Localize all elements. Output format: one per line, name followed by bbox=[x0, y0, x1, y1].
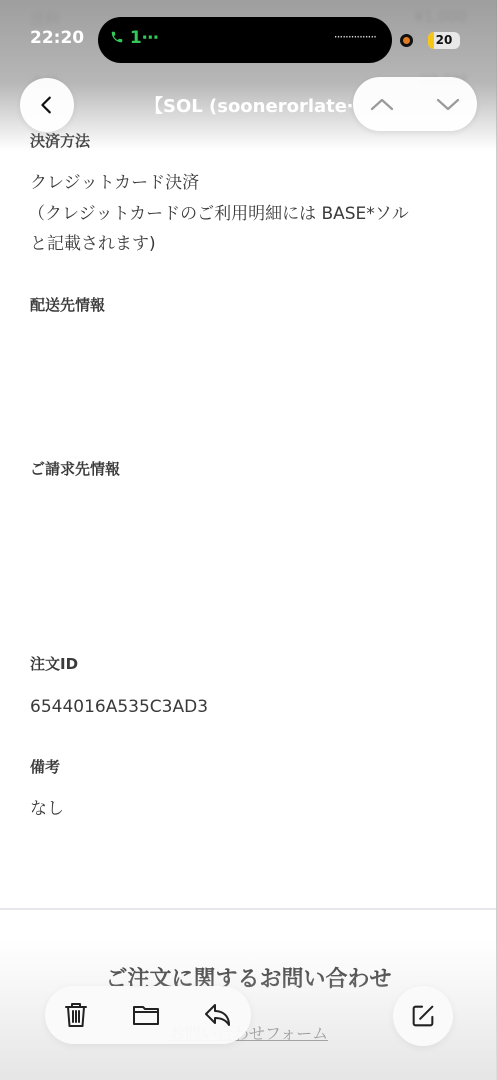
battery-level: 20 bbox=[436, 33, 453, 47]
remarks-value: なし bbox=[30, 794, 64, 824]
order-id-label: 注文ID bbox=[30, 653, 78, 674]
payment-method-label: 決済方法 bbox=[30, 130, 90, 151]
bg-shipping-fee-label: 送料 bbox=[30, 8, 60, 29]
chevron-left-icon bbox=[36, 94, 58, 116]
trash-icon[interactable] bbox=[61, 1000, 91, 1030]
compose-icon bbox=[409, 1002, 437, 1030]
folder-icon[interactable] bbox=[131, 1000, 161, 1030]
payment-method-line-3: と記載されます) bbox=[30, 229, 156, 259]
mail-action-toolbar bbox=[45, 986, 251, 1044]
message-nav-control bbox=[353, 77, 477, 131]
chevron-up-icon[interactable] bbox=[367, 89, 397, 119]
reply-icon[interactable] bbox=[203, 1000, 233, 1030]
email-body: 送料 ¥1,000 合計 ¥?,??? 決済方法 クレジットカード決済 （クレジ… bbox=[0, 0, 497, 1080]
compose-button[interactable] bbox=[393, 986, 453, 1046]
order-id-value: 6544016A535C3AD3 bbox=[30, 692, 208, 722]
payment-method-line-2: （クレジットカードのご利用明細には BASE*ソル bbox=[28, 199, 409, 229]
waveform-icon: ··············· bbox=[334, 30, 376, 44]
billing-info-label: ご請求先情報 bbox=[30, 458, 120, 479]
remarks-label: 備考 bbox=[30, 756, 60, 777]
divider bbox=[0, 908, 497, 910]
dynamic-island[interactable]: 1⋯ ··············· bbox=[98, 17, 392, 63]
chevron-down-icon[interactable] bbox=[433, 89, 463, 119]
bg-shipping-fee-value: ¥1,000 bbox=[415, 8, 468, 26]
nav-title: 【SOL (soonerorlate⋯ bbox=[145, 92, 355, 118]
back-button[interactable] bbox=[20, 78, 74, 132]
phone-icon bbox=[110, 29, 124, 45]
battery-indicator: 20 bbox=[428, 32, 460, 49]
payment-method-line-1: クレジットカード決済 bbox=[30, 168, 199, 198]
recording-indicator-icon bbox=[400, 34, 413, 47]
call-duration: 1⋯ bbox=[130, 28, 159, 48]
call-indicator: 1⋯ bbox=[110, 28, 159, 48]
shipping-info-label: 配送先情報 bbox=[30, 294, 105, 315]
status-time: 22:20 bbox=[30, 28, 84, 48]
